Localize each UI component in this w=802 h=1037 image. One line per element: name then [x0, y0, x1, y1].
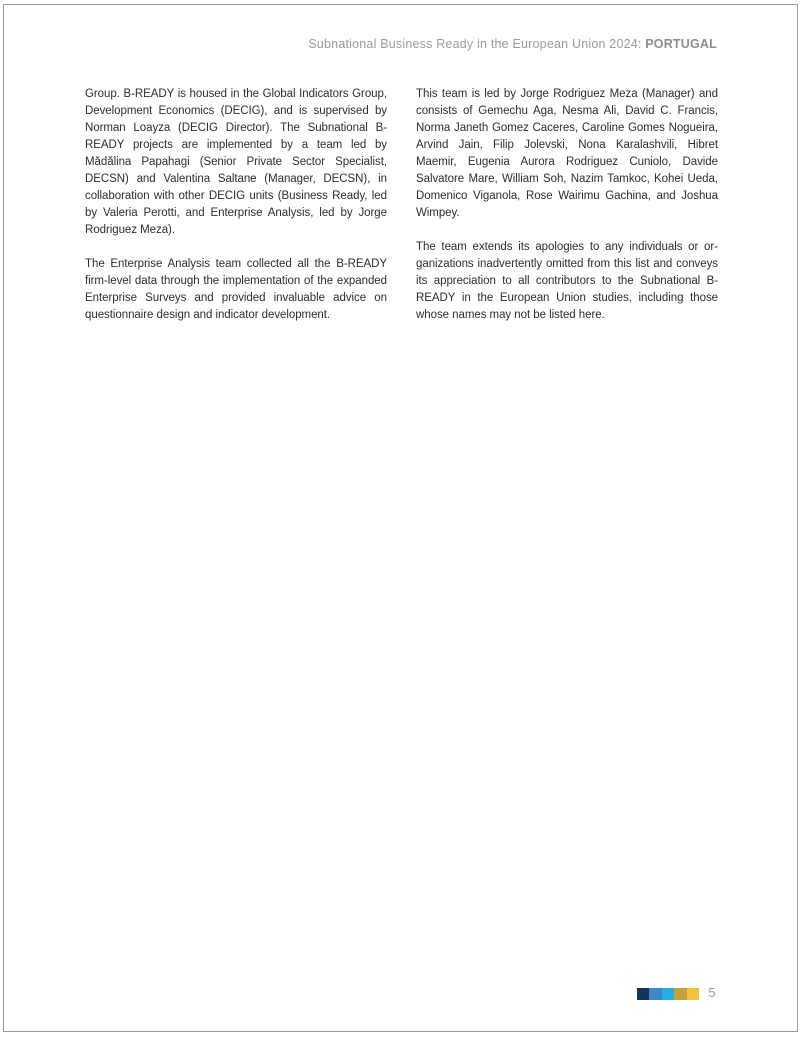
page-number: 5 [703, 985, 721, 1000]
body-columns: Group. B-READY is housed in the Global I… [85, 86, 718, 341]
color-square [637, 988, 649, 1000]
running-header-country: PORTUGAL [645, 37, 717, 51]
left-column: Group. B-READY is housed in the Global I… [85, 86, 387, 341]
paragraph-acknowledgments-2: The Enterprise Analysis team collected a… [85, 256, 387, 324]
running-header-title: Subnational Business Ready in the Europe… [308, 37, 645, 51]
paragraph-apologies: The team extends its apologies to any in… [416, 239, 718, 324]
color-square [687, 988, 699, 1000]
color-square [662, 988, 674, 1000]
report-page: Subnational Business Ready in the Europe… [0, 0, 802, 1037]
paragraph-acknowledgments-1: Group. B-READY is housed in the Global I… [85, 86, 387, 239]
right-column: This team is led by Jorge Rodriguez Meza… [416, 86, 718, 341]
paragraph-team-list: This team is led by Jorge Rodriguez Meza… [416, 86, 718, 222]
color-square [674, 988, 686, 1000]
running-header: Subnational Business Ready in the Europe… [308, 37, 717, 52]
footer-color-bar [637, 988, 699, 1000]
color-square [649, 988, 661, 1000]
